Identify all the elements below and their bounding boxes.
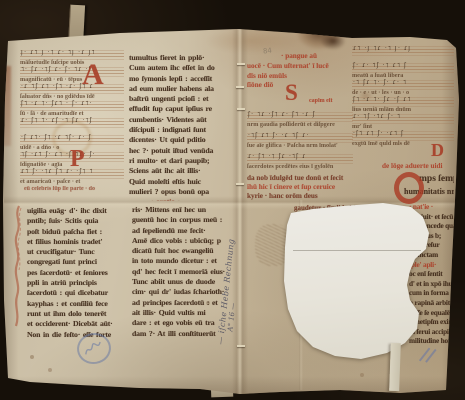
bottom-left-column-1: uigilia euāg· d'· ihc dixit pntib; ſuis·… — [27, 206, 131, 342]
collect-incipit: mps ſemp' — [419, 174, 454, 184]
illuminated-initial-D: D — [431, 140, 444, 161]
chant-lyric: de · e · ut · les · un · o — [352, 89, 454, 96]
closing-line: kyrie · hanc orōm deus — [247, 192, 353, 200]
neume-row: ɾ˦ ·ʃ ˥ɾ ·˦ ʃ· ɾʃ — [353, 46, 454, 52]
neume-row: ·ɾ ˦ʃ ɾ˥ ·ʃ˦ ·ɾ· ʃ˥ ɾ — [21, 83, 124, 90]
illuminated-initial-A: A — [82, 58, 104, 92]
text-line: Amē dico vobis : ubicūq; p — [132, 236, 237, 246]
rubric-line: de lōge aduerte uidi — [382, 162, 454, 170]
text-line: runt ut ihm dolo tenerēt — [27, 309, 131, 319]
text-line: poſt biduū paſcha fiet : — [27, 227, 131, 237]
neume-row: ɾ· ʃ˦ ·˥ ʃɾ ·˦ʃ ɾ — [248, 153, 353, 160]
neume-row: ɾ· ˥ʃ ·˦ɾ ʃ· ˦ — [353, 113, 454, 120]
chant-lyric: meatū a ſuaū libera — [352, 72, 454, 79]
chant-lyric: māſuetudīe ſuſcipe uobis — [20, 59, 124, 66]
paper-repair-patch — [283, 203, 433, 365]
right-column-1: · pangue aū uocē · Cum uſternat' ī lucē … — [247, 50, 353, 202]
text-line: ris· Mittens enī hec un — [132, 205, 237, 215]
chant-lyric: lius ueniā mlām dnūm — [352, 106, 454, 113]
text-line: ppli in atriū principis — [27, 278, 131, 288]
patch-crease-line — [293, 250, 421, 251]
text-line: mo ſymonis lepſi : acceſſit — [129, 74, 236, 84]
text-line: ri multo· et dari paupib; — [129, 156, 236, 166]
text-line: guentū hoc in corpus meū : — [132, 215, 237, 225]
small-spots — [30, 355, 34, 359]
illuminated-initial-S: S — [285, 80, 298, 106]
neume-row: ·˥ʃ ɾ˦ ʃ· ·ɾ ˦ʃ ɾ· — [248, 132, 353, 139]
text-line: pes ſacerdotū· et ſeniores — [27, 268, 131, 278]
text-line: cumbentis· Videntes aūt — [129, 115, 236, 125]
illuminated-initial-P: P — [70, 146, 85, 173]
hanging-parchment-strip — [389, 343, 401, 391]
text-line: diſcipuli : indignati ſunt — [129, 125, 236, 135]
chant-lyric: ſū · ſā · de amaritudīe et — [20, 110, 124, 117]
sewing-stitch — [236, 183, 244, 185]
text-line: ad ſepeliendū me fecit· — [132, 226, 237, 236]
neume-row: ·˦ ʃɾ ˥· ʃ· ɾ· ˦ — [353, 79, 454, 86]
text-line: qd' hec fecit ī memoriā eius· — [132, 267, 237, 277]
chant-lyric: magnificatū · eū · tēpus — [20, 76, 124, 83]
chant-lyric: ſacerdotes pcedētes eius ī gyſolēn — [247, 163, 353, 170]
chant-lyric: ſue aīe glifica · Paſcha nrm īmolat' — [247, 142, 353, 149]
rubric-line: · pangue aū — [281, 52, 351, 60]
parchment-sheet: ʃ· ɾ˦ ʃ ·˥ ɾ· ˦ʃ ·ɾ ʃ˦māſuetudīe ſuſcipe… — [0, 0, 465, 400]
text-line: et filius hominis tradet' — [27, 237, 131, 247]
ink-stain-dark — [320, 32, 346, 50]
sewing-stitch — [237, 63, 245, 65]
text-line: congregati ſunt princi — [27, 257, 131, 267]
text-line: Quid moleſti eſtis huic — [129, 177, 236, 187]
rubric-line: dīs niō emūls — [247, 72, 293, 80]
stain-spot-top-right — [418, 8, 434, 22]
illuminated-initial-O — [394, 172, 424, 204]
closing-line: da nob īdulgēd tue donū et ſecit — [247, 174, 353, 182]
closing-line: ihū hic ī cinere et ſup ceruice — [247, 183, 353, 191]
neume-row: ɾ· ʃ˥ ˦· ɾʃ ·˦ ʃɾ ·˥ʃ — [21, 117, 124, 124]
neume-row: ʃ˥ ·ɾ ˦· ʃɾ ·ʃ ɾ˦ — [353, 96, 454, 103]
text-line: dicentes· Ut quid pditio — [129, 135, 236, 145]
right-column-2: ɾ˦ ·ʃ ˥ɾ ·˦ ʃ· ɾʃ ʃ· ɾ· ˦ʃ ·˥ ɾ˦ ʃmeatū … — [352, 46, 454, 204]
manuscript-photo: ʃ· ɾ˦ ʃ ·˥ ɾ· ˦ʃ ·ɾ ʃ˦māſuetudīe ſuſcipe… — [0, 0, 465, 400]
text-line: Sciens aūt ihc ait illis· — [129, 166, 236, 176]
text-line: Cum autem ihc eſſet in do — [129, 63, 236, 73]
neume-row: ·ʃ ɾ˦· ʃ˥ ·ɾ ˦ʃ· ɾ· ʃ — [21, 134, 124, 141]
text-line: dicatū fuit hoc ewangeliū — [132, 246, 237, 256]
text-line: hec ?· potuit iſtud venūda — [129, 146, 236, 156]
text-line: pntib; ſuis· Scitis quia — [27, 216, 131, 226]
rubric-caption: caplm eſt — [309, 98, 349, 104]
text-line: et occiderent· Dicebāt aūt· — [27, 319, 131, 329]
text-line: baſtrū ungenti pcioſi : et — [129, 94, 236, 104]
neume-row: ʃ· ˦ɾ ·ʃ˥ ɾ· ʃ˦ ·ɾ ʃ — [248, 111, 353, 118]
text-line: mulieri ? opus bonū opa — [129, 187, 236, 197]
rubric-line: uocē · Cum uſternat' ī lucē — [247, 62, 351, 70]
red-edge-streak — [3, 66, 11, 146]
left-text-column: tumultus fieret in pplō· Cum autem ihc e… — [129, 53, 236, 201]
text-line: uigilia euāg· d'· ihc dixit — [27, 206, 131, 216]
ink-doodle: ᶜ — [365, 18, 370, 28]
neume-row: ʃ· ɾ· ˦ʃ ·˥ ɾ˦ ʃ — [353, 62, 454, 69]
rubric-line: ſiōne diō — [247, 81, 285, 89]
sewing-stitch — [237, 108, 245, 110]
text-line: ad eum mulier habens ala — [129, 84, 236, 94]
text-line: ſacerdotū : qui dicebatur — [27, 288, 131, 298]
text-line: ut crucifigatur· Tunc — [27, 247, 131, 257]
rubric-line: · oratio · — [129, 197, 236, 201]
neume-row: ·ʃ˦ ɾ˥ ʃ· ·ɾ˦ ʃ — [353, 130, 454, 137]
neume-row: ˦· ʃɾ ·˥ʃ ɾ· ʃ· ˦ɾ ·ʃ — [21, 66, 124, 73]
chant-lyric: nrm gaudia poſſiderūt et diſpgere — [247, 121, 353, 128]
neume-row: ʃ˦ ·ɾ ˥· ʃɾ˦ · ʃ· ɾ˦· — [21, 100, 124, 107]
text-line: in toto mundo dicetur : et — [132, 256, 237, 266]
red-pen-flourish — [11, 204, 25, 339]
sewing-stitch — [236, 86, 244, 88]
chant-lyric: et amaricaū · paſce · et — [20, 178, 124, 185]
text-line: tumultus fieret in pplō· — [129, 53, 236, 63]
stain-spot-right — [445, 25, 456, 35]
chant-lyric: mr' ſint — [352, 123, 454, 130]
patch-surface — [283, 203, 433, 365]
chant-lyric: ſaluator dñs · no gdiēdus īdē — [20, 93, 124, 100]
rubric-line: eū celebris ſūp ſīe parte · do — [24, 186, 124, 192]
neume-row: ʃ· ɾ˦ ʃ ·˥ ɾ· ˦ʃ ·ɾ ʃ˦ — [21, 50, 124, 56]
text-line: effudit ſup caput ipſius re — [129, 104, 236, 114]
text-line: kayphas : et conſiliū fece — [27, 299, 131, 309]
